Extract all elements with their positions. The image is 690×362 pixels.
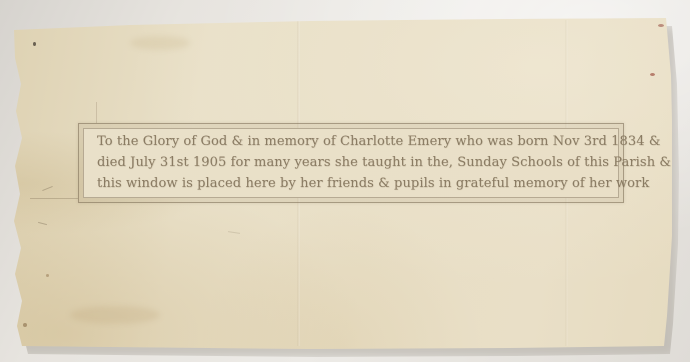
- inscription-line-3: this window is placed here by her friend…: [97, 173, 613, 194]
- scanned-document-scene: To the Glory of God & in memory of Charl…: [0, 0, 690, 362]
- paper-stain: [130, 36, 190, 50]
- paper-speck: [46, 274, 49, 277]
- pencil-guide-line: [30, 198, 78, 199]
- pencil-scribble-mark: [42, 186, 53, 191]
- paper-speck: [23, 323, 27, 327]
- inscription-line-1: To the Glory of God & in memory of Charl…: [97, 131, 613, 152]
- paper-speck: [650, 73, 655, 76]
- inscription-text: To the Glory of God & in memory of Charl…: [85, 130, 617, 196]
- paper-stain: [70, 306, 160, 324]
- inscription-border-box: To the Glory of God & in memory of Charl…: [78, 123, 624, 203]
- paper-speck: [33, 42, 36, 46]
- pencil-guide-line: [96, 102, 97, 123]
- pencil-scribble-mark: [38, 222, 47, 225]
- aged-paper-sheet: To the Glory of God & in memory of Charl…: [10, 16, 672, 350]
- pencil-scribble-mark: [228, 231, 240, 234]
- inscription-line-2: died July 31st 1905 for many years she t…: [97, 152, 613, 173]
- inscription-inner-border: To the Glory of God & in memory of Charl…: [83, 128, 619, 198]
- paper-speck: [658, 24, 664, 27]
